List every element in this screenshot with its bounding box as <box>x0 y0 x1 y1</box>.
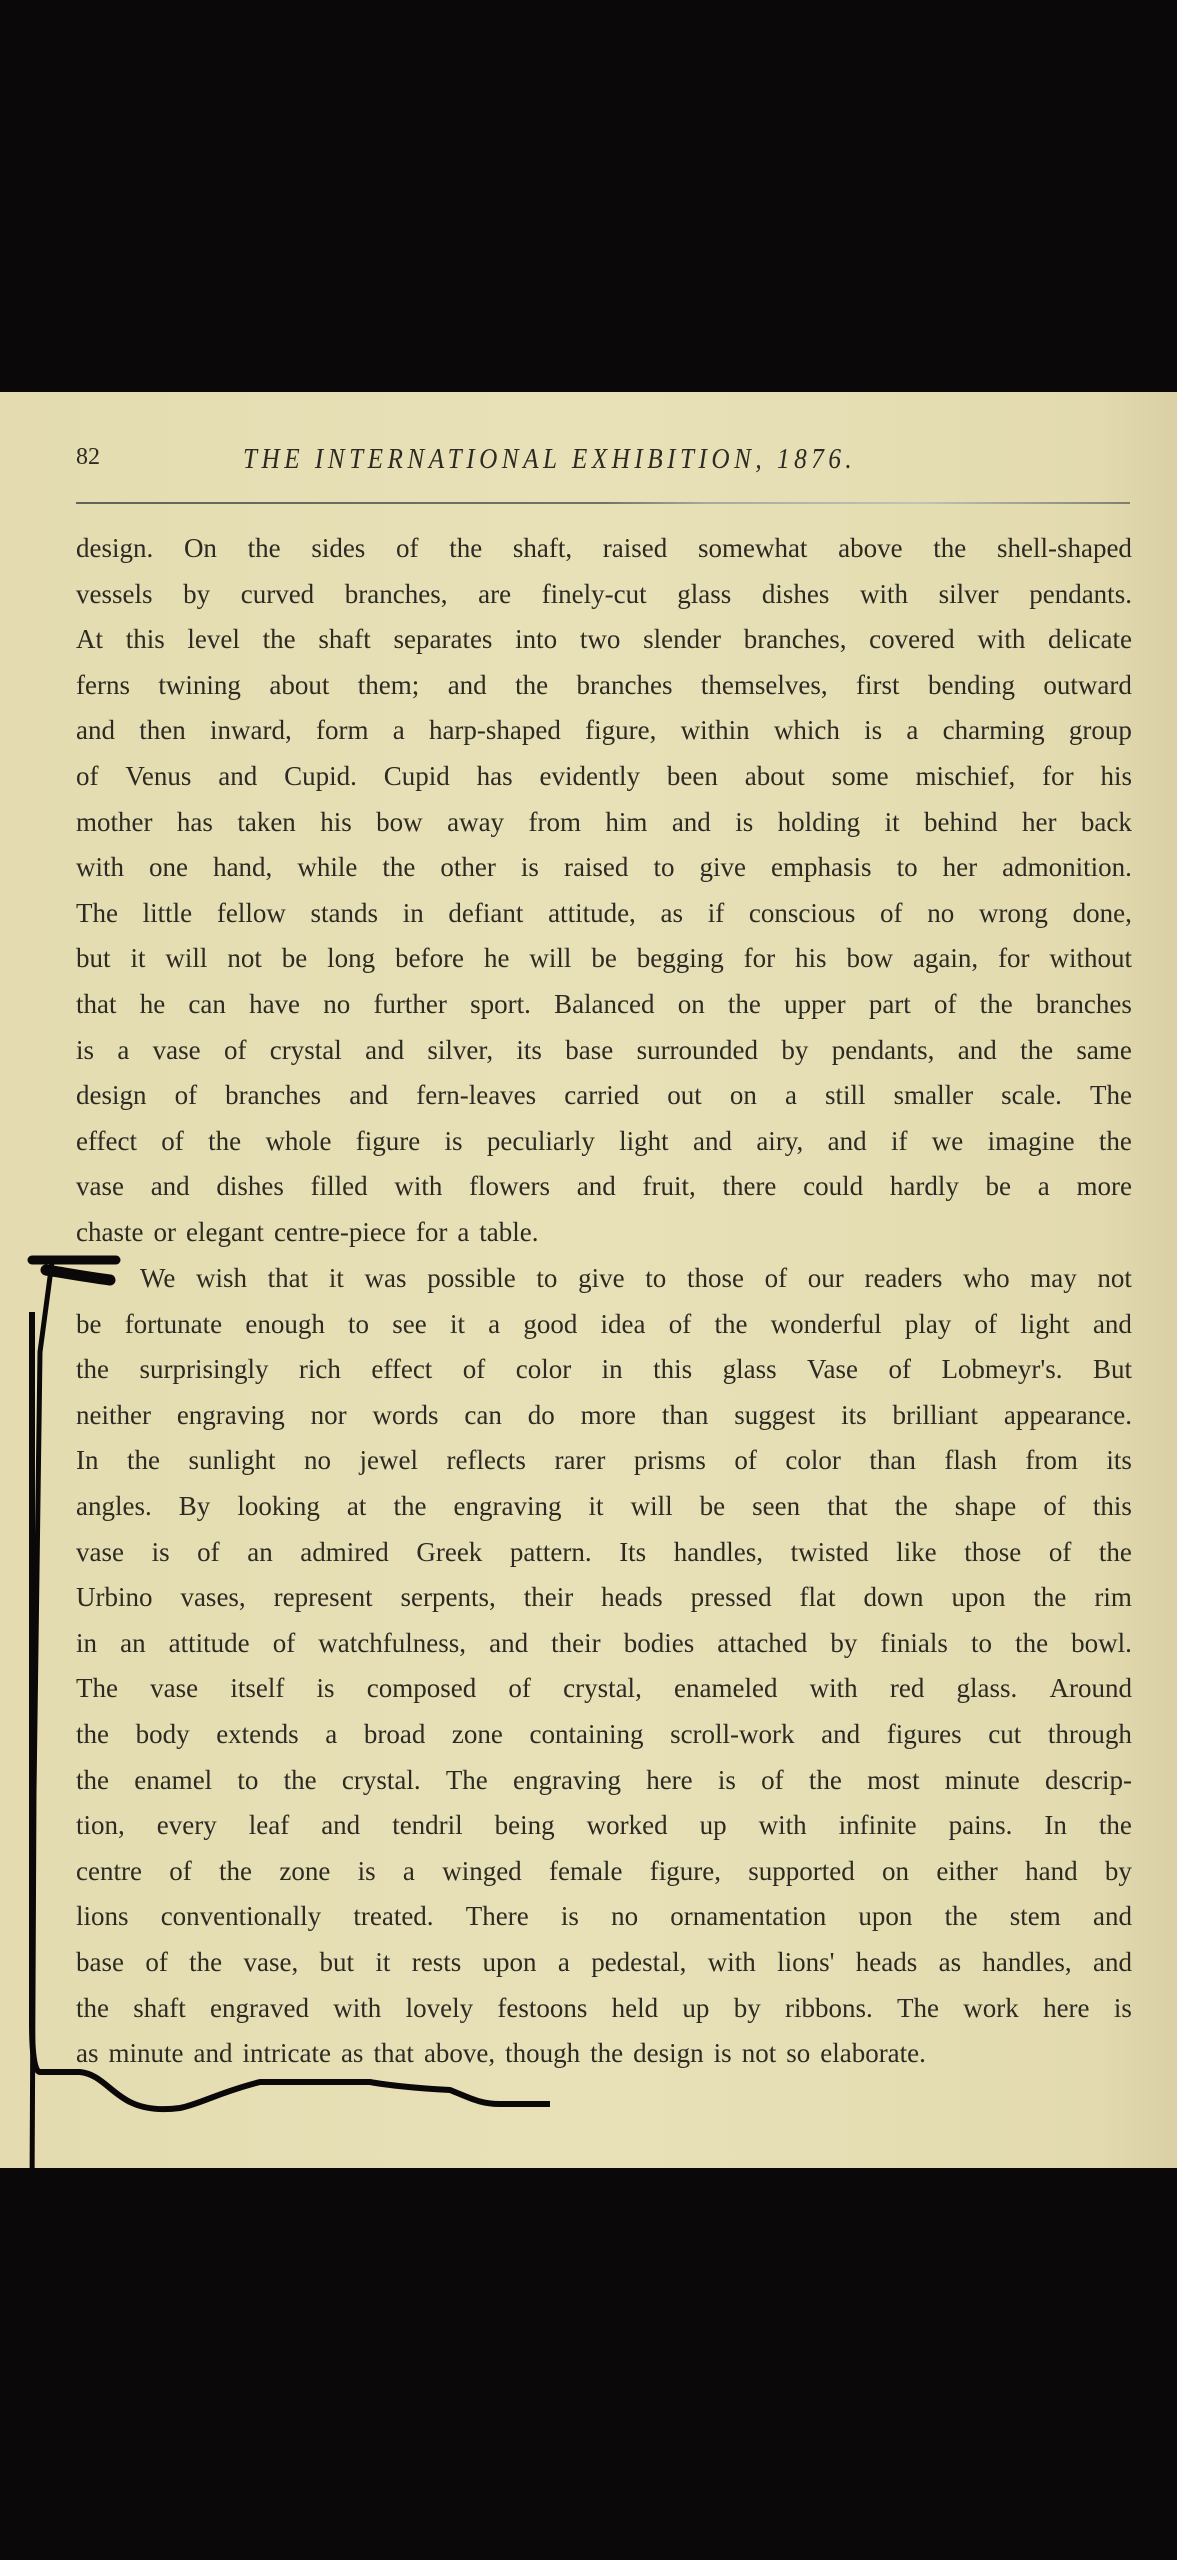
text-line: ofVenusandCupid.Cupidhasevidentlybeenabo… <box>76 754 1132 800</box>
page-number: 82 <box>76 444 100 471</box>
text-line: effectofthewholefigureispeculiarlylighta… <box>76 1119 1132 1165</box>
page-header: 82 THE INTERNATIONAL EXHIBITION, 1876. <box>76 444 1137 484</box>
text-line: chasteorelegantcentre-pieceforatable. <box>76 1210 1132 1256</box>
text-line: asminuteandintricateasthatabove,thoughth… <box>76 2031 1132 2077</box>
text-line: Inthesunlightnojewelreflectsrarerprismso… <box>76 1438 1132 1484</box>
text-line: neitherengravingnorwordscandomorethansug… <box>76 1393 1132 1439</box>
text-line: vesselsbycurvedbranches,arefinely-cutgla… <box>76 572 1132 618</box>
text-line: theenameltothecrystal.Theengravinghereis… <box>76 1758 1132 1804</box>
text-line: Wewishthatitwaspossibletogivetothoseofou… <box>76 1256 1132 1302</box>
book-page: 82 THE INTERNATIONAL EXHIBITION, 1876. d… <box>0 392 1177 2168</box>
text-line: motherhastakenhisbowawayfromhimandishold… <box>76 800 1132 846</box>
text-line: fernstwiningaboutthem;andthebranchesthem… <box>76 663 1132 709</box>
paragraph-2: Wewishthatitwaspossibletogivetothoseofou… <box>76 1256 1132 2077</box>
text-line: Urbinovases,representserpents,theirheads… <box>76 1575 1132 1621</box>
header-rule <box>76 502 1130 504</box>
running-title: THE INTERNATIONAL EXHIBITION, 1876. <box>243 444 856 476</box>
text-line: vaseanddishesfilledwithflowersandfruit,t… <box>76 1164 1132 1210</box>
text-line: withonehand,whiletheotherisraisedtogivee… <box>76 845 1132 891</box>
text-line: isavaseofcrystalandsilver,itsbasesurroun… <box>76 1028 1132 1074</box>
text-line: designofbranchesandfern-leavescarriedout… <box>76 1073 1132 1119</box>
text-line: andtheninward,formaharp-shapedfigure,wit… <box>76 708 1132 754</box>
text-line: befortunateenoughtoseeitagoodideaofthewo… <box>76 1302 1132 1348</box>
text-line: Thelittlefellowstandsindefiantattitude,a… <box>76 891 1132 937</box>
paragraph-1: design.Onthesidesoftheshaft,raisedsomewh… <box>76 526 1132 1256</box>
text-line: Atthisleveltheshaftseparatesintotwoslend… <box>76 617 1132 663</box>
text-line: baseofthevase,butitrestsuponapedestal,wi… <box>76 1940 1132 1986</box>
text-line: butitwillnotbelongbeforehewillbebeggingf… <box>76 936 1132 982</box>
text-line: vaseisofanadmiredGreekpattern.Itshandles… <box>76 1530 1132 1576</box>
text-line: thesurprisinglyricheffectofcolorinthisgl… <box>76 1347 1132 1393</box>
text-line: angles.Bylookingattheengravingitwillbese… <box>76 1484 1132 1530</box>
text-line: lionsconventionallytreated.Thereisnoorna… <box>76 1894 1132 1940</box>
text-line: theshaftengravedwithlovelyfestoonsheldup… <box>76 1986 1132 2032</box>
text-line: centreofthezoneisawingedfemalefigure,sup… <box>76 1849 1132 1895</box>
text-line: thathecanhavenofurthersport.Balancedonth… <box>76 982 1132 1028</box>
text-line: Thevaseitselfiscomposedofcrystal,enamele… <box>76 1666 1132 1712</box>
text-line: tion,everyleafandtendrilbeingworkedupwit… <box>76 1803 1132 1849</box>
text-line: inanattitudeofwatchfulness,andtheirbodie… <box>76 1621 1132 1667</box>
text-line: thebodyextendsabroadzonecontainingscroll… <box>76 1712 1132 1758</box>
text-line: design.Onthesidesoftheshaft,raisedsomewh… <box>76 526 1132 572</box>
